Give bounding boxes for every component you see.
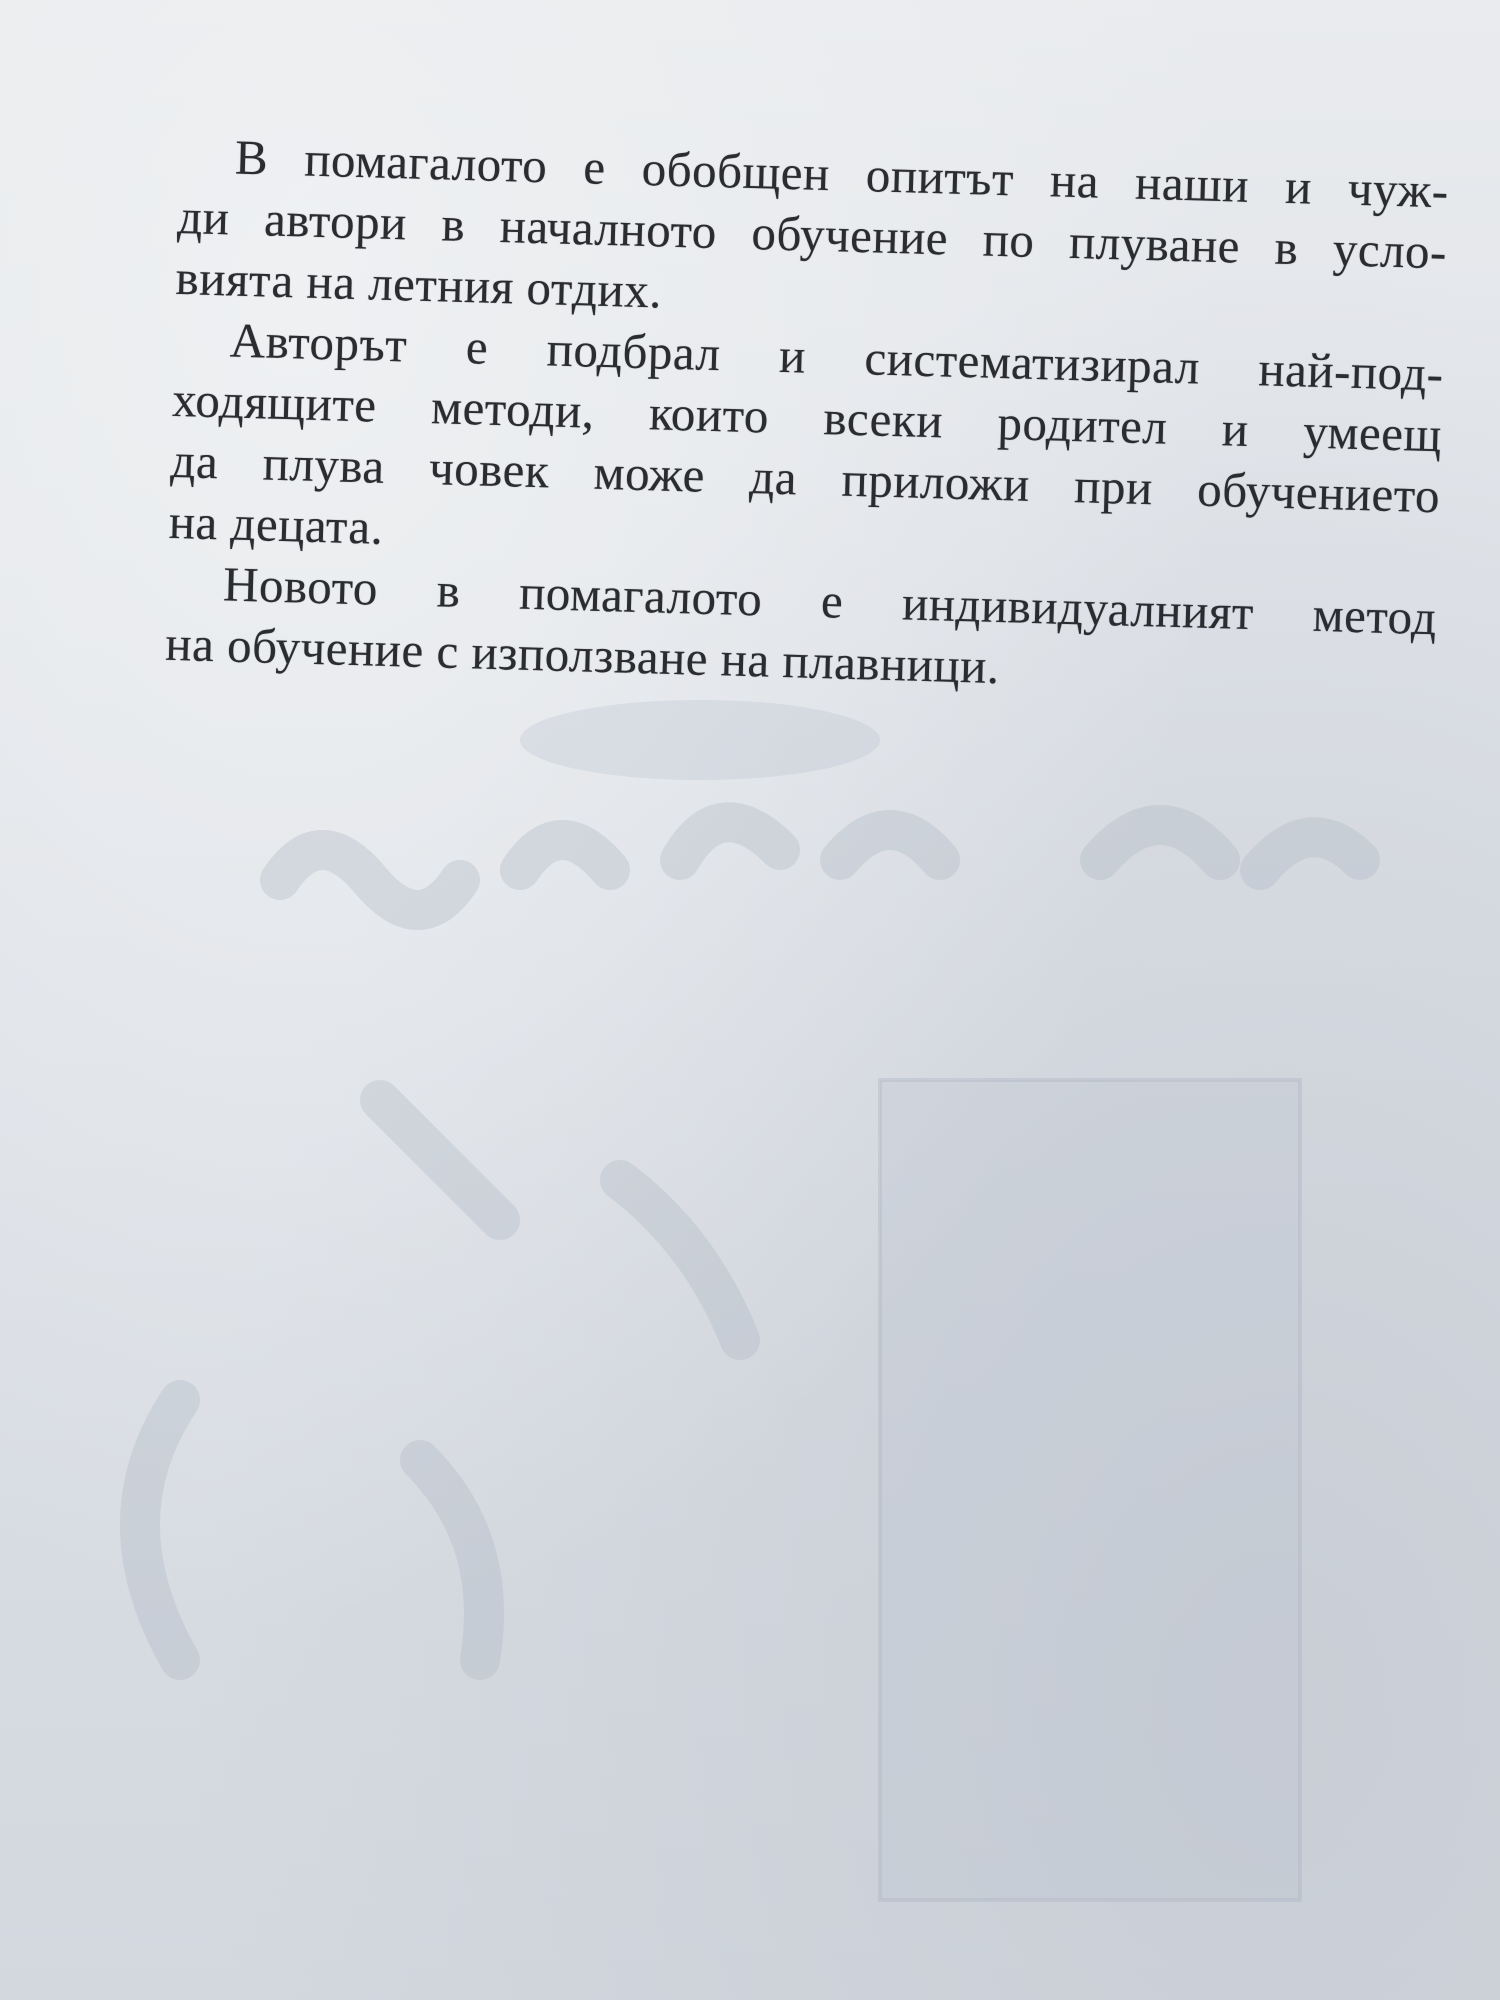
document-body: В помагалото е обобщен опитът на наши и … (165, 125, 1450, 709)
paragraph-1: В помагалото е обобщен опитът на наши и … (175, 125, 1450, 343)
book-page: В помагалото е обобщен опитът на наши и … (0, 0, 1500, 2000)
paragraph-2: Авторът е подбрал и систематизирал най-п… (168, 308, 1444, 587)
